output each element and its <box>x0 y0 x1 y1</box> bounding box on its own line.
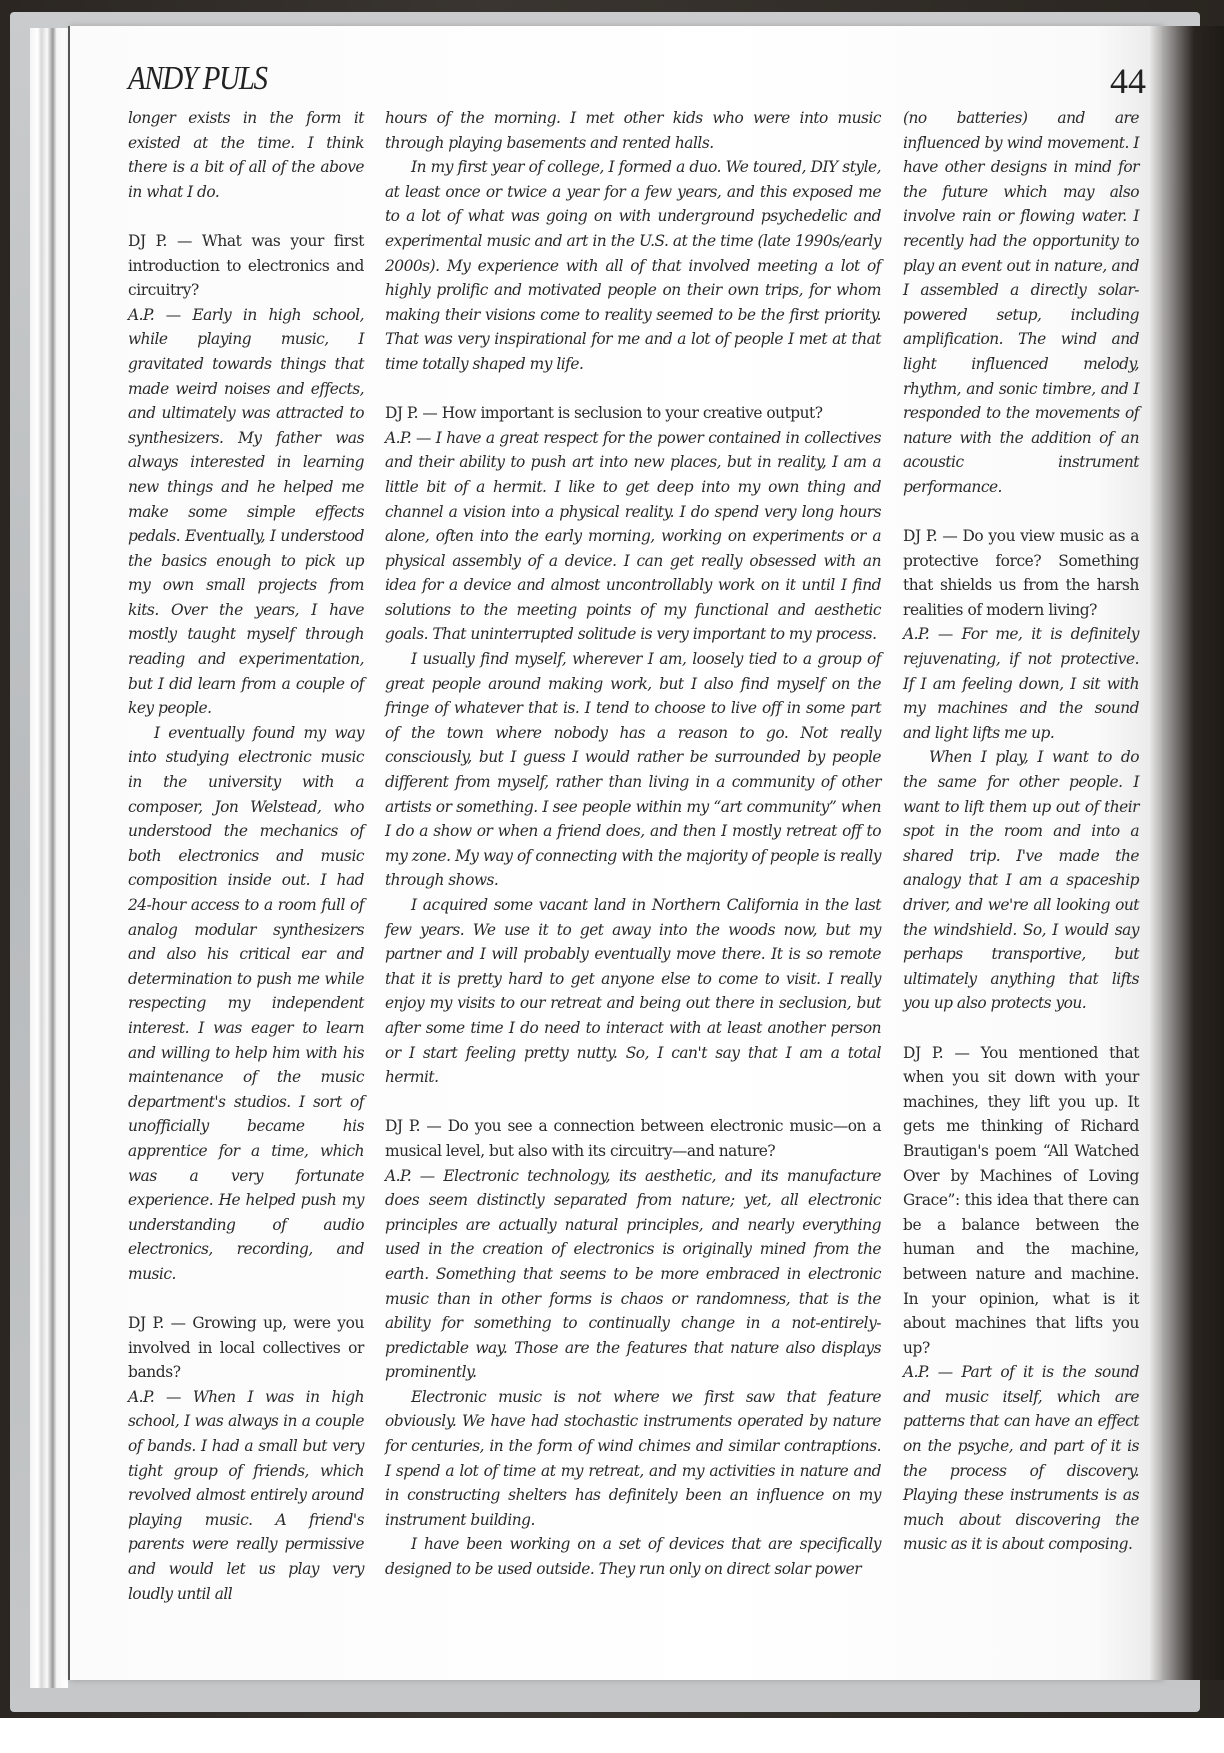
paragraph: I have been working on a set of devices … <box>385 1532 881 1581</box>
paragraph: I acquired some vacant land in Northern … <box>385 893 881 1090</box>
interview-question: DJ P. — You mentioned that when you sit … <box>903 1041 1139 1361</box>
text-column-3: (no batteries) and are influenced by win… <box>903 106 1139 1557</box>
paragraph: longer exists in the form it existed at … <box>128 106 364 204</box>
interview-question: DJ P. — Do you view music as a protectiv… <box>903 524 1139 622</box>
page-edge-shadow <box>1150 26 1224 1680</box>
paragraph: Electronic music is not where we first s… <box>385 1385 881 1533</box>
paragraph: (no batteries) and are influenced by win… <box>903 106 1139 500</box>
interview-question: DJ P. — Do you see a connection between … <box>385 1114 881 1163</box>
paragraph: hours of the morning. I met other kids w… <box>385 106 881 155</box>
paragraph: I eventually found my way into studying … <box>128 721 364 1287</box>
interview-answer: A.P. — When I was in high school, I was … <box>128 1385 364 1606</box>
interview-answer: A.P. — Electronic technology, its aesthe… <box>385 1164 881 1385</box>
interview-question: DJ P. — Growing up, were you involved in… <box>128 1311 364 1385</box>
interview-answer: A.P. — Early in high school, while playi… <box>128 303 364 721</box>
text-column-2: hours of the morning. I met other kids w… <box>385 106 881 1582</box>
paragraph: In my first year of college, I formed a … <box>385 155 881 376</box>
paragraph: When I play, I want to do the same for o… <box>903 745 1139 1016</box>
interview-answer: A.P. — For me, it is definitely rejuvena… <box>903 622 1139 745</box>
interview-question: DJ P. — What was your first introduction… <box>128 229 364 303</box>
interview-answer: A.P. — I have a great respect for the po… <box>385 426 881 647</box>
interview-answer: A.P. — Part of it is the sound and music… <box>903 1360 1139 1557</box>
text-column-1: longer exists in the form it existed at … <box>128 106 364 1606</box>
paragraph: I usually find myself, wherever I am, lo… <box>385 647 881 893</box>
page-stack-edges <box>30 28 68 1688</box>
interview-question: DJ P. — How important is seclusion to yo… <box>385 401 881 426</box>
running-head: ANDY PULS <box>128 60 267 98</box>
page-number: 44 <box>1110 60 1146 102</box>
